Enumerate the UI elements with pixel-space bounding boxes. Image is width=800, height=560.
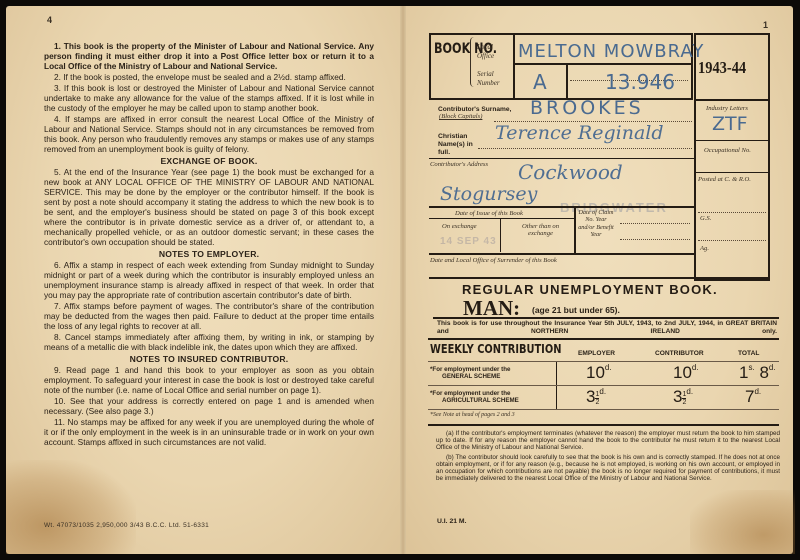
divider [429, 253, 694, 255]
divider [694, 172, 770, 173]
divider [429, 158, 694, 159]
divider [566, 65, 568, 98]
water-stain [6, 460, 136, 554]
notes-section: (a) If the contributor's employment term… [436, 430, 780, 484]
col-header-total: TOTAL [738, 350, 759, 357]
claim-label: Date of Claim No. Year and/or Benefit Ye… [578, 209, 614, 238]
printer-imprint: Wt. 47073/1035 2,950,000 3/43 B.C.C. Ltd… [44, 522, 209, 529]
divider [428, 424, 779, 426]
address-label: Contributor's Address [430, 161, 488, 168]
divider [574, 208, 576, 254]
paragraph-11: 11. No stamps may be affixed for any wee… [44, 417, 374, 447]
issue-date-stamp: 14 SEP 43 [440, 236, 497, 247]
local-office-label: Local Office [477, 43, 511, 61]
paragraph-2: 2. If the book is posted, the envelope m… [44, 72, 374, 82]
note-b: (b) The contributor should look carefull… [436, 454, 780, 483]
date-issue-label: Date of Issue of this Book [455, 210, 523, 217]
contribution-footnote: *See Note at head of pages 2 and 3 [430, 412, 515, 418]
divider [694, 140, 770, 141]
divider [694, 99, 770, 101]
heading-employer: NOTES TO EMPLOYER. [44, 249, 374, 259]
dotted-line [698, 212, 766, 213]
note-a: (a) If the contributor's employment term… [436, 430, 780, 452]
brace [470, 37, 475, 87]
dotted-line [620, 239, 690, 240]
ag-label: Ag. [700, 245, 709, 252]
paragraph-6: 6. Affix a stamp in respect of each week… [44, 260, 374, 300]
book-spine [400, 6, 406, 554]
divider [428, 409, 779, 410]
dotted-line [698, 240, 766, 241]
divider [429, 206, 694, 208]
agricultural-employer-amount: 312d. [586, 387, 606, 407]
occupational-no-label: Occupational No. [704, 147, 751, 154]
general-contributor-amount: 10d. [673, 363, 699, 383]
divider [429, 218, 575, 219]
gs-label: G.S. [700, 215, 711, 222]
divider [428, 338, 779, 340]
posted-label: Posted at C. & R.O. [698, 176, 751, 183]
paragraph-3: 3. If this book is lost or destroyed the… [44, 83, 374, 113]
paragraph-10: 10. See that your address is correctly e… [44, 396, 374, 416]
paragraph-9: 9. Read page 1 and hand this book to you… [44, 365, 374, 395]
col-header-employer: EMPLOYER [578, 350, 615, 357]
on-exchange-label: On exchange [442, 223, 477, 230]
paragraph-1: 1. This book is the property of the Mini… [44, 41, 374, 71]
heading-exchange: EXCHANGE OF BOOK. [44, 156, 374, 166]
col-header-contributor: CONTRIBUTOR [655, 350, 704, 357]
divider [513, 33, 515, 100]
surname-value: BROOKES [530, 97, 644, 119]
divider [429, 277, 770, 279]
agricultural-total-amount: 7d. [745, 387, 761, 407]
local-office-value: MELTON MOWBRAY [518, 41, 704, 62]
christian-names-label: Christian Name(s) in full. [438, 133, 478, 157]
form-code: U.I. 21 M. [437, 518, 466, 525]
industry-letters-label: Industry Letters [706, 105, 748, 112]
christian-names-value: Terence Reginald [495, 122, 664, 144]
industry-letters-value: ZTF [712, 113, 748, 135]
serial-letter: A [533, 70, 547, 94]
age-range: (age 21 but under 65). [532, 305, 620, 315]
left-page-text: 1. This book is the property of the Mini… [44, 41, 374, 448]
paragraph-7: 7. Affix stamps before payment of wages.… [44, 301, 374, 331]
book-title: REGULAR UNEMPLOYMENT BOOK. [462, 282, 718, 297]
surname-sublabel: (Block Capitals) [439, 113, 482, 120]
paragraph-4: 4. If stamps are affixed in error consul… [44, 114, 374, 154]
water-stain [690, 490, 795, 554]
divider [433, 317, 779, 319]
general-scheme-label: *For employment under the GENERAL SCHEME [430, 366, 510, 380]
page-number-right: 1 [763, 20, 768, 30]
other-than-label: Other than on exchange [513, 223, 568, 237]
heading-contributor: NOTES TO INSURED CONTRIBUTOR. [44, 354, 374, 364]
dotted-line [620, 223, 690, 224]
address-line-2: Stogursey [440, 183, 537, 205]
surrender-label: Date and Local Office of Surrender of th… [430, 257, 557, 264]
page-number-left: 4 [47, 15, 52, 25]
divider [500, 219, 501, 252]
agricultural-contributor-amount: 312d. [673, 387, 693, 407]
weekly-contribution-title: WEEKLY CONTRIBUTION [430, 342, 561, 356]
serial-number-label: Serial Number [477, 70, 511, 88]
book-year: 1943-44 [698, 58, 746, 78]
divider [428, 385, 779, 386]
divider [428, 361, 779, 362]
general-employer-amount: 10d. [586, 363, 612, 383]
general-total-amount: 1s. 8d. [739, 363, 776, 383]
dotted-line [478, 148, 692, 149]
agricultural-scheme-label: *For employment under the AGRICULTURAL S… [430, 390, 519, 404]
paragraph-5: 5. At the end of the Insurance Year (see… [44, 167, 374, 247]
paragraph-8: 8. Cancel stamps immediately after affix… [44, 332, 374, 352]
address-line-1: Cockwood [518, 160, 623, 184]
usage-text: This book is for use throughout the Insu… [437, 320, 777, 336]
divider [513, 63, 693, 65]
serial-number-value: 13.946 [605, 70, 675, 94]
